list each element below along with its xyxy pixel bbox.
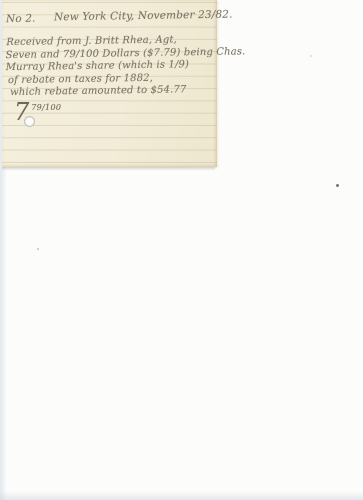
- docket-amount: 779/100: [14, 100, 61, 124]
- dust-speck: [310, 55, 312, 57]
- scan-edge-bottom: [0, 491, 363, 500]
- punch-hole: [24, 116, 35, 127]
- docket-cents-fraction: 79/100: [31, 103, 61, 112]
- place-and-date: New York City, November 23/82.: [54, 9, 233, 24]
- receipt-paper: No 2. New York City, November 23/82. Rec…: [2, 0, 217, 167]
- body-line-received-from: Received from J. Britt Rhea, Agt,: [6, 34, 177, 48]
- body-line-share: Murray Rhea's share (which is 1/9): [6, 59, 189, 73]
- handwriting-block: No 2. New York City, November 23/82. Rec…: [2, 0, 220, 167]
- body-line-amount-words: Seven and 79/100 Dollars ($7.79) being C…: [5, 46, 245, 61]
- scanned-receipt-page: No 2. New York City, November 23/82. Rec…: [0, 0, 363, 500]
- receipt-number: No 2.: [6, 13, 36, 25]
- backing-sheet-edge-shadow: [2, 167, 215, 171]
- dust-speck: [336, 184, 339, 187]
- body-line-rebate-total: which rebate amounted to $54.77: [10, 84, 186, 98]
- dust-speck: [37, 248, 39, 250]
- body-line-rebate-taxes: of rebate on taxes for 1882,: [8, 72, 153, 85]
